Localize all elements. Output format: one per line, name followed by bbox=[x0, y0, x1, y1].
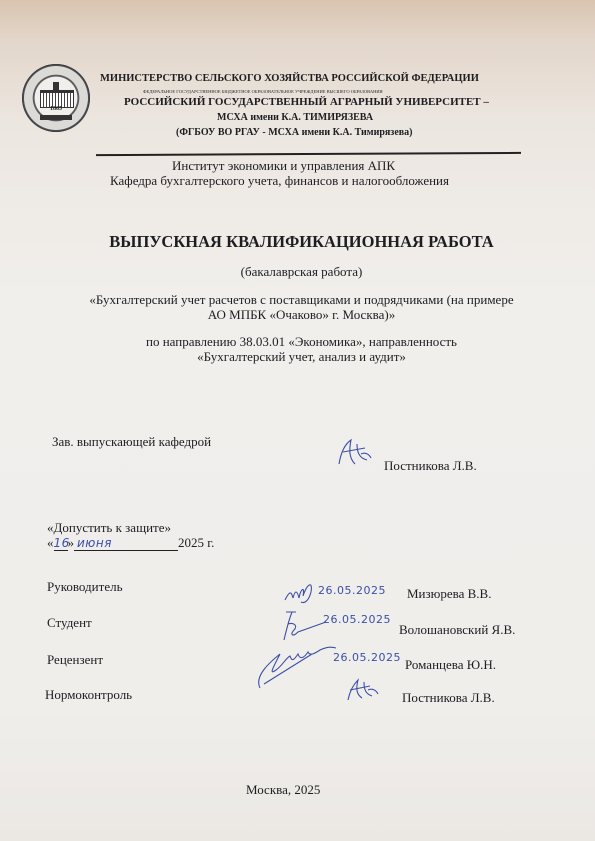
logo-year: 1865 bbox=[22, 106, 90, 112]
institution-type: ФЕДЕРАЛЬНОЕ ГОСУДАРСТВЕННОЕ БЮДЖЕТНОЕ ОБ… bbox=[143, 89, 383, 94]
admission-month: июня bbox=[74, 536, 178, 551]
supervisor-sign-date: 26.05.2025 bbox=[318, 584, 386, 597]
header-divider bbox=[96, 152, 521, 156]
city-year: Москва, 2025 bbox=[246, 782, 320, 798]
role-norm-control: Нормоконтроль bbox=[45, 687, 132, 703]
admission-label: «Допустить к защите» bbox=[47, 520, 171, 536]
university-name: РОССИЙСКИЙ ГОСУДАРСТВЕННЫЙ АГРАРНЫЙ УНИВ… bbox=[124, 96, 489, 108]
admission-year: 2025 г. bbox=[178, 535, 214, 550]
logo-ribbon bbox=[40, 115, 72, 120]
institute-name: Институт экономики и управления АПК bbox=[172, 158, 395, 174]
department-name: Кафедра бухгалтерского учета, финансов и… bbox=[110, 173, 449, 189]
reviewer-name: Романцева Ю.Н. bbox=[405, 657, 496, 673]
direction-line-2: «Бухгалтерский учет, анализ и аудит» bbox=[4, 349, 595, 365]
reviewer-sign-date: 26.05.2025 bbox=[333, 651, 401, 664]
head-of-department-name: Постникова Л.В. bbox=[384, 458, 477, 474]
role-student: Студент bbox=[47, 615, 92, 631]
norm-control-signature-icon bbox=[344, 678, 380, 702]
ministry-name: МИНИСТЕРСТВО СЕЛЬСКОГО ХОЗЯЙСТВА РОССИЙС… bbox=[100, 73, 479, 84]
document-title: ВЫПУСКНАЯ КВАЛИФИКАЦИОННАЯ РАБОТА bbox=[4, 232, 595, 252]
supervisor-name: Мизюрева В.В. bbox=[407, 586, 491, 602]
role-reviewer: Рецензент bbox=[47, 652, 103, 668]
supervisor-signature-icon bbox=[283, 578, 323, 608]
admission-date: «16»июня2025 г. bbox=[47, 535, 214, 551]
head-signature-icon bbox=[335, 438, 375, 468]
university-abbreviation: (ФГБОУ ВО РГАУ - МСХА имени К.А. Тимиряз… bbox=[176, 127, 413, 138]
student-name: Волошановский Я.В. bbox=[399, 622, 515, 638]
student-sign-date: 26.05.2025 bbox=[323, 613, 391, 626]
university-logo: 1865 bbox=[22, 64, 90, 132]
direction-line-1: по направлению 38.03.01 «Экономика», нап… bbox=[4, 334, 595, 350]
topic-line-1: «Бухгалтерский учет расчетов с поставщик… bbox=[4, 292, 595, 308]
role-supervisor: Руководитель bbox=[47, 579, 123, 595]
university-honorific: МСХА имени К.А. ТИМИРЯЗЕВА bbox=[217, 112, 373, 123]
reviewer-signature-icon bbox=[250, 640, 340, 690]
document-subtitle: (бакалаврская работа) bbox=[4, 264, 595, 280]
topic-line-2: АО МПБК «Очаково» г. Москва)» bbox=[4, 307, 595, 323]
admission-day: 16 bbox=[54, 536, 68, 551]
norm-control-name: Постникова Л.В. bbox=[402, 690, 495, 706]
head-of-department-label: Зав. выпускающей кафедрой bbox=[52, 434, 211, 450]
